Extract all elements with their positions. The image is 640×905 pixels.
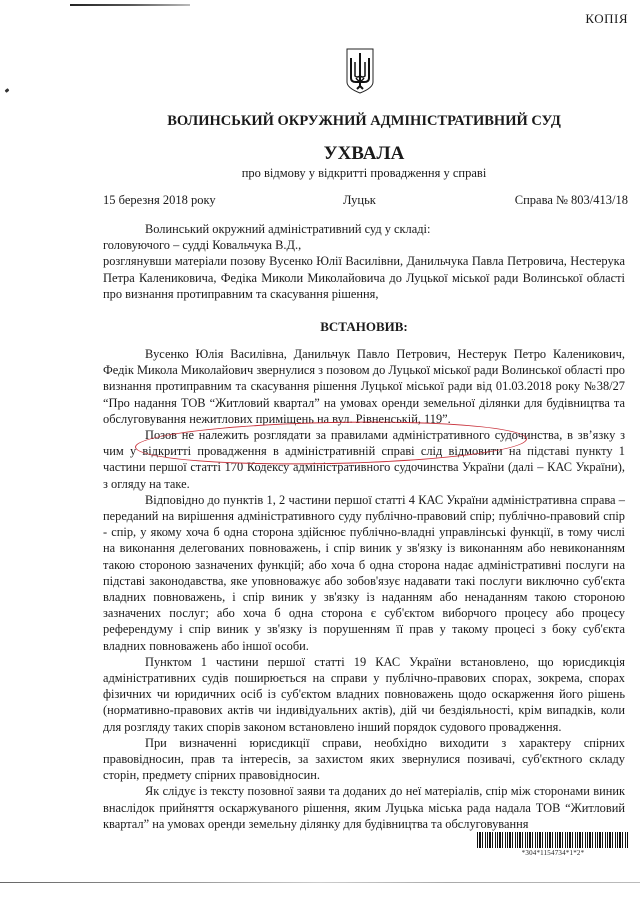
document-city: Луцьк [343, 193, 376, 208]
case-number: Справа № 803/413/18 [515, 193, 628, 208]
ukraine-coat-of-arms-icon [346, 48, 374, 94]
paragraph: Відповідно до пунктів 1, 2 частини першо… [103, 492, 625, 654]
paragraph: Пунктом 1 частини першої статті 19 КАС У… [103, 654, 625, 735]
scan-artifact-mark [5, 88, 10, 93]
document-subtitle: про відмову у відкритті провадження у сп… [0, 166, 640, 181]
paragraph: При визначенні юрисдикції справи, необхі… [103, 735, 625, 784]
intro-materials: розглянувши матеріали позову Вусенко Юлі… [103, 253, 625, 302]
document-title: УХВАЛА [0, 143, 640, 165]
document-date: 15 березня 2018 року [103, 193, 216, 208]
ruling-body: Вусенко Юлія Василівна, Данильчук Павло … [103, 346, 625, 832]
intro-block: Волинський окружний адміністративний суд… [103, 221, 625, 302]
intro-presiding-judge: головуючого – судді Ковальчука В.Д., [103, 237, 625, 253]
paragraph: Позов не належить розглядати за правилам… [103, 427, 625, 492]
court-name: ВОЛИНСЬКИЙ ОКРУЖНИЙ АДМІНІСТРАТИВНИЙ СУД [0, 113, 640, 130]
paragraph: Вусенко Юлія Василівна, Данильчук Павло … [103, 346, 625, 427]
scan-artifact-line [0, 882, 640, 883]
intro-court-composition: Волинський окружний адміністративний суд… [103, 221, 625, 237]
paragraph: Як слідує із тексту позовної заяви та до… [103, 783, 625, 832]
barcode [477, 832, 629, 848]
section-title: ВСТАНОВИВ: [0, 319, 640, 335]
scan-artifact-line [70, 4, 190, 6]
barcode-text: *304*1154734*1*2* [477, 849, 629, 857]
copy-label: КОПІЯ [585, 11, 628, 27]
